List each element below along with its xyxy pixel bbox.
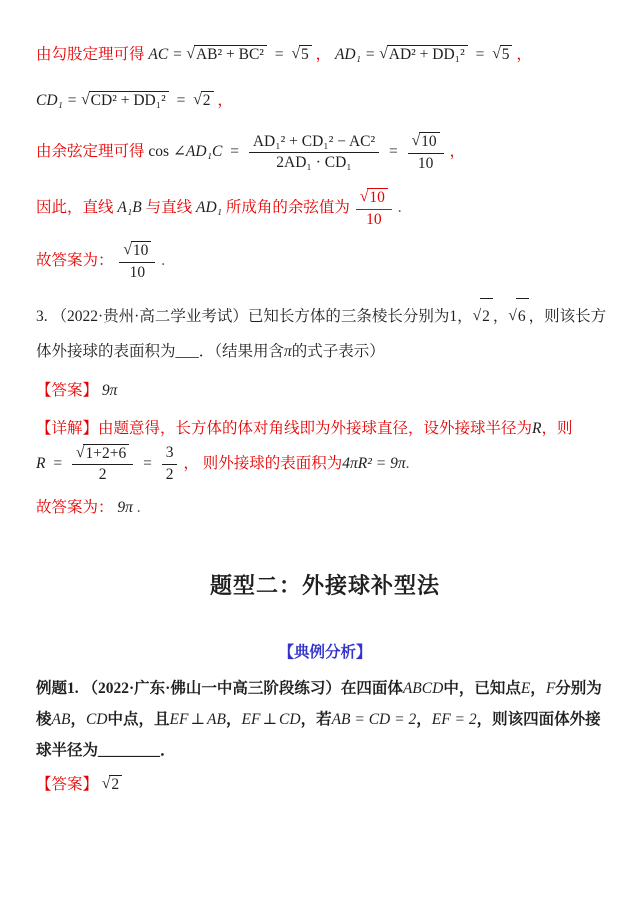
math-token: EF	[170, 711, 189, 728]
sqrt-expression: √10	[360, 188, 388, 208]
answer-line-1: 故答案为： √1010 .	[36, 241, 614, 282]
sqrt-sign: √	[291, 45, 300, 63]
fraction: √1010	[356, 188, 392, 229]
equals-sign: =	[53, 455, 62, 472]
comma: ，	[416, 711, 432, 728]
sqrt-sign: √	[193, 91, 202, 109]
example-text: ．	[160, 742, 176, 759]
period: .	[137, 499, 141, 516]
comma: ，	[226, 711, 242, 728]
final-answer-line: 故答案为： 9π .	[36, 495, 614, 517]
sqrt-body: 2	[109, 775, 122, 794]
fraction-numerator: AD₁² + CD₁² − AC²	[249, 133, 379, 154]
math-token: F	[546, 680, 555, 697]
detail-label: 【详解】由题意得，长方体的体对角线即为外接球直径，设外接球半径为	[36, 420, 532, 437]
math-token: E	[521, 680, 530, 697]
sqrt-sign: √	[360, 188, 369, 207]
example-answer-line: 【答案】 √2	[36, 772, 614, 794]
fraction-denominator: 10	[408, 154, 444, 174]
problem-text: 的式子表示）	[292, 343, 385, 360]
math-token: AD₁ =	[335, 46, 375, 63]
fraction-numerator: √10	[408, 132, 444, 154]
perpendicular-sign: ⊥	[190, 711, 205, 728]
problem-3-statement: 3. （2022·贵州·高二学业考试）已知长方体的三条棱长分别为1，√2，√6，…	[36, 298, 614, 370]
sqrt-expression: √CD² + DD₁²	[81, 91, 169, 110]
answer-value: 9π	[102, 382, 118, 399]
surface-area-result: 4πR² = 9π	[342, 455, 405, 472]
fraction-denominator: 10	[356, 210, 392, 230]
blank-underline: ________	[98, 742, 160, 759]
math-token: CD	[279, 711, 301, 728]
math-token: AB	[207, 711, 226, 728]
equals-sign: =	[143, 455, 152, 472]
sqrt-sign: √	[508, 298, 517, 334]
sqrt-body: CD² + DD₁²	[89, 91, 169, 110]
math-token: AD₁	[196, 199, 222, 216]
sqrt-sign: √	[123, 241, 132, 260]
example-text: 例题1. （2022·广东·佛山一中高三阶段练习）在四面体	[36, 680, 403, 697]
period: .	[406, 455, 410, 472]
math-token: CD₁ =	[36, 92, 77, 109]
math-token: A₁B	[117, 199, 141, 216]
sqrt-expression: √6	[508, 298, 528, 335]
cosine-formula: cos ∠AD₁C = AD₁² + CD₁² − AC²2AD₁ · CD₁ …	[148, 143, 449, 160]
sqrt-body: 2	[201, 91, 214, 110]
comma: ，	[530, 680, 546, 697]
equals-sign: =	[230, 143, 239, 160]
math-token: ABCD	[403, 680, 443, 697]
fraction: √1010	[119, 241, 155, 282]
section-heading: 题型二：外接球补型法	[36, 569, 614, 600]
fraction-numerator: √10	[119, 241, 155, 263]
sqrt-sign: √	[186, 45, 195, 63]
equals-sign: =	[177, 92, 186, 109]
sqrt-sign: √	[473, 298, 482, 334]
radius-formula: R = √1+2+62 = 32	[36, 455, 183, 472]
example-problem: 例题1. （2022·广东·佛山一中高三阶段练习）在四面体ABCD中，已知点E，…	[36, 673, 614, 766]
sqrt-body: 10	[367, 188, 388, 208]
fraction-numerator: √10	[356, 188, 392, 210]
sqrt-expression: √AB² + BC²	[186, 45, 267, 64]
sqrt-body: 10	[419, 132, 440, 152]
comma: ，	[217, 92, 233, 109]
fraction-numerator: √1+2+6	[72, 444, 133, 466]
sqrt-expression: √10	[123, 241, 151, 261]
angle-token: ∠AD₁C	[173, 143, 222, 160]
sqrt-expression: √AD² + DD₁²	[379, 45, 467, 64]
math-token: EF = 2	[432, 711, 477, 728]
problem-text: 3. （2022·贵州·高二学业考试）已知长方体的三条棱长分别为1，	[36, 308, 473, 325]
math-token: R	[36, 455, 45, 472]
sqrt-body: AB² + BC²	[194, 45, 267, 64]
cosine-line: 由余弦定理可得 cos ∠AD₁C = AD₁² + CD₁² − AC²2AD…	[36, 132, 614, 173]
math-token: EF	[242, 711, 261, 728]
comma: ，	[183, 455, 199, 472]
formula-cd1: CD₁ = √CD² + DD₁² = √2	[36, 92, 217, 109]
sqrt-body: 6	[516, 298, 529, 335]
comma: ，	[316, 46, 332, 63]
lead-text: 由勾股定理可得	[36, 46, 145, 63]
sqrt-sign: √	[412, 132, 421, 151]
fraction-denominator: 2	[72, 465, 133, 485]
sqrt-body: 1+2+6	[83, 444, 129, 464]
sqrt-expression: √2	[473, 298, 493, 335]
cd1-line: CD₁ = √CD² + DD₁² = √2 ，	[36, 88, 614, 110]
example-analysis-label: 【典例分析】	[36, 640, 614, 662]
fraction-denominator: 2	[162, 465, 178, 485]
mid-text: 则外接球的表面积为	[203, 455, 343, 472]
sqrt-body: 2	[480, 298, 493, 335]
blank-underline: ___	[176, 343, 199, 360]
tail-text: 所成角的余弦值为	[226, 199, 350, 216]
period: .	[161, 253, 165, 270]
fraction: 32	[162, 444, 178, 484]
fraction-denominator: 2AD₁ · CD₁	[249, 153, 379, 173]
sqrt-body: AD² + DD₁²	[387, 45, 468, 64]
equals-sign: =	[389, 143, 398, 160]
sqrt-sign: √	[81, 91, 90, 109]
equals-sign: =	[275, 46, 284, 63]
pythagorean-line: 由勾股定理可得 AC = √AB² + BC² = √5 ， AD₁ = √AD…	[36, 42, 614, 64]
equals-sign: =	[476, 46, 485, 63]
formula-ad1: AD₁ = √AD² + DD₁² = √5	[335, 46, 516, 63]
answer-lead: 故答案为：	[36, 499, 114, 516]
sqrt-sign: √	[76, 444, 85, 463]
comma: ，	[516, 46, 532, 63]
comma: ，	[450, 143, 466, 160]
mid-text: 与直线	[146, 199, 193, 216]
answer-value: 9π	[117, 499, 133, 516]
answer-label: 【答案】	[36, 382, 98, 399]
example-text: ，若	[301, 711, 332, 728]
sqrt-sign: √	[379, 45, 388, 63]
sqrt-expression: √1+2+6	[76, 444, 129, 464]
radius-formula-line: R = √1+2+62 = 32 ， 则外接球的表面积为4πR² = 9π.	[36, 444, 614, 485]
conclusion-line: 因此，直线 A₁B 与直线 AD₁ 所成角的余弦值为 √1010 .	[36, 188, 614, 229]
detail-tail: ，则	[541, 420, 572, 437]
sqrt-expression: √2	[193, 91, 213, 110]
sqrt-body: 5	[299, 45, 312, 64]
sqrt-sign: √	[492, 45, 501, 63]
fraction: √1+2+62	[72, 444, 133, 485]
fraction: √1010	[408, 132, 444, 173]
lead-text: 因此，直线	[36, 199, 114, 216]
problem-text: ．（结果用含	[199, 343, 284, 360]
sqrt-body: 5	[500, 45, 513, 64]
perpendicular-sign: ⊥	[262, 711, 277, 728]
cos-token: cos	[148, 143, 169, 160]
sqrt-sign: √	[102, 775, 111, 793]
sqrt-body: 10	[131, 241, 152, 261]
detail-line: 【详解】由题意得，长方体的体对角线即为外接球直径，设外接球半径为R，则	[36, 416, 614, 438]
lead-text: 由余弦定理可得	[36, 143, 145, 160]
document-page: 由勾股定理可得 AC = √AB² + BC² = √5 ， AD₁ = √AD…	[0, 0, 642, 907]
math-token: AB = CD = 2	[332, 711, 417, 728]
sqrt-expression: √10	[412, 132, 440, 152]
math-token: AC =	[148, 46, 182, 63]
answer-lead: 故答案为：	[36, 253, 114, 270]
comma: ，	[70, 711, 86, 728]
sqrt-expression: √2	[102, 775, 122, 794]
example-text: 中点，且	[108, 711, 170, 728]
fraction-numerator: 3	[162, 444, 178, 465]
pi-token: π	[284, 343, 292, 360]
period: .	[398, 199, 402, 216]
fraction-denominator: 10	[119, 263, 155, 283]
math-token: CD	[86, 711, 108, 728]
sqrt-expression: √5	[492, 45, 512, 64]
answer-label-line: 【答案】 9π	[36, 378, 614, 400]
comma: ，	[493, 308, 509, 325]
fraction: AD₁² + CD₁² − AC²2AD₁ · CD₁	[249, 133, 379, 173]
sqrt-expression: √5	[291, 45, 311, 64]
formula-ac: AC = √AB² + BC² = √5	[148, 46, 315, 63]
example-text: 中，已知点	[443, 680, 521, 697]
math-token: AB	[52, 711, 71, 728]
answer-label: 【答案】	[36, 776, 98, 793]
